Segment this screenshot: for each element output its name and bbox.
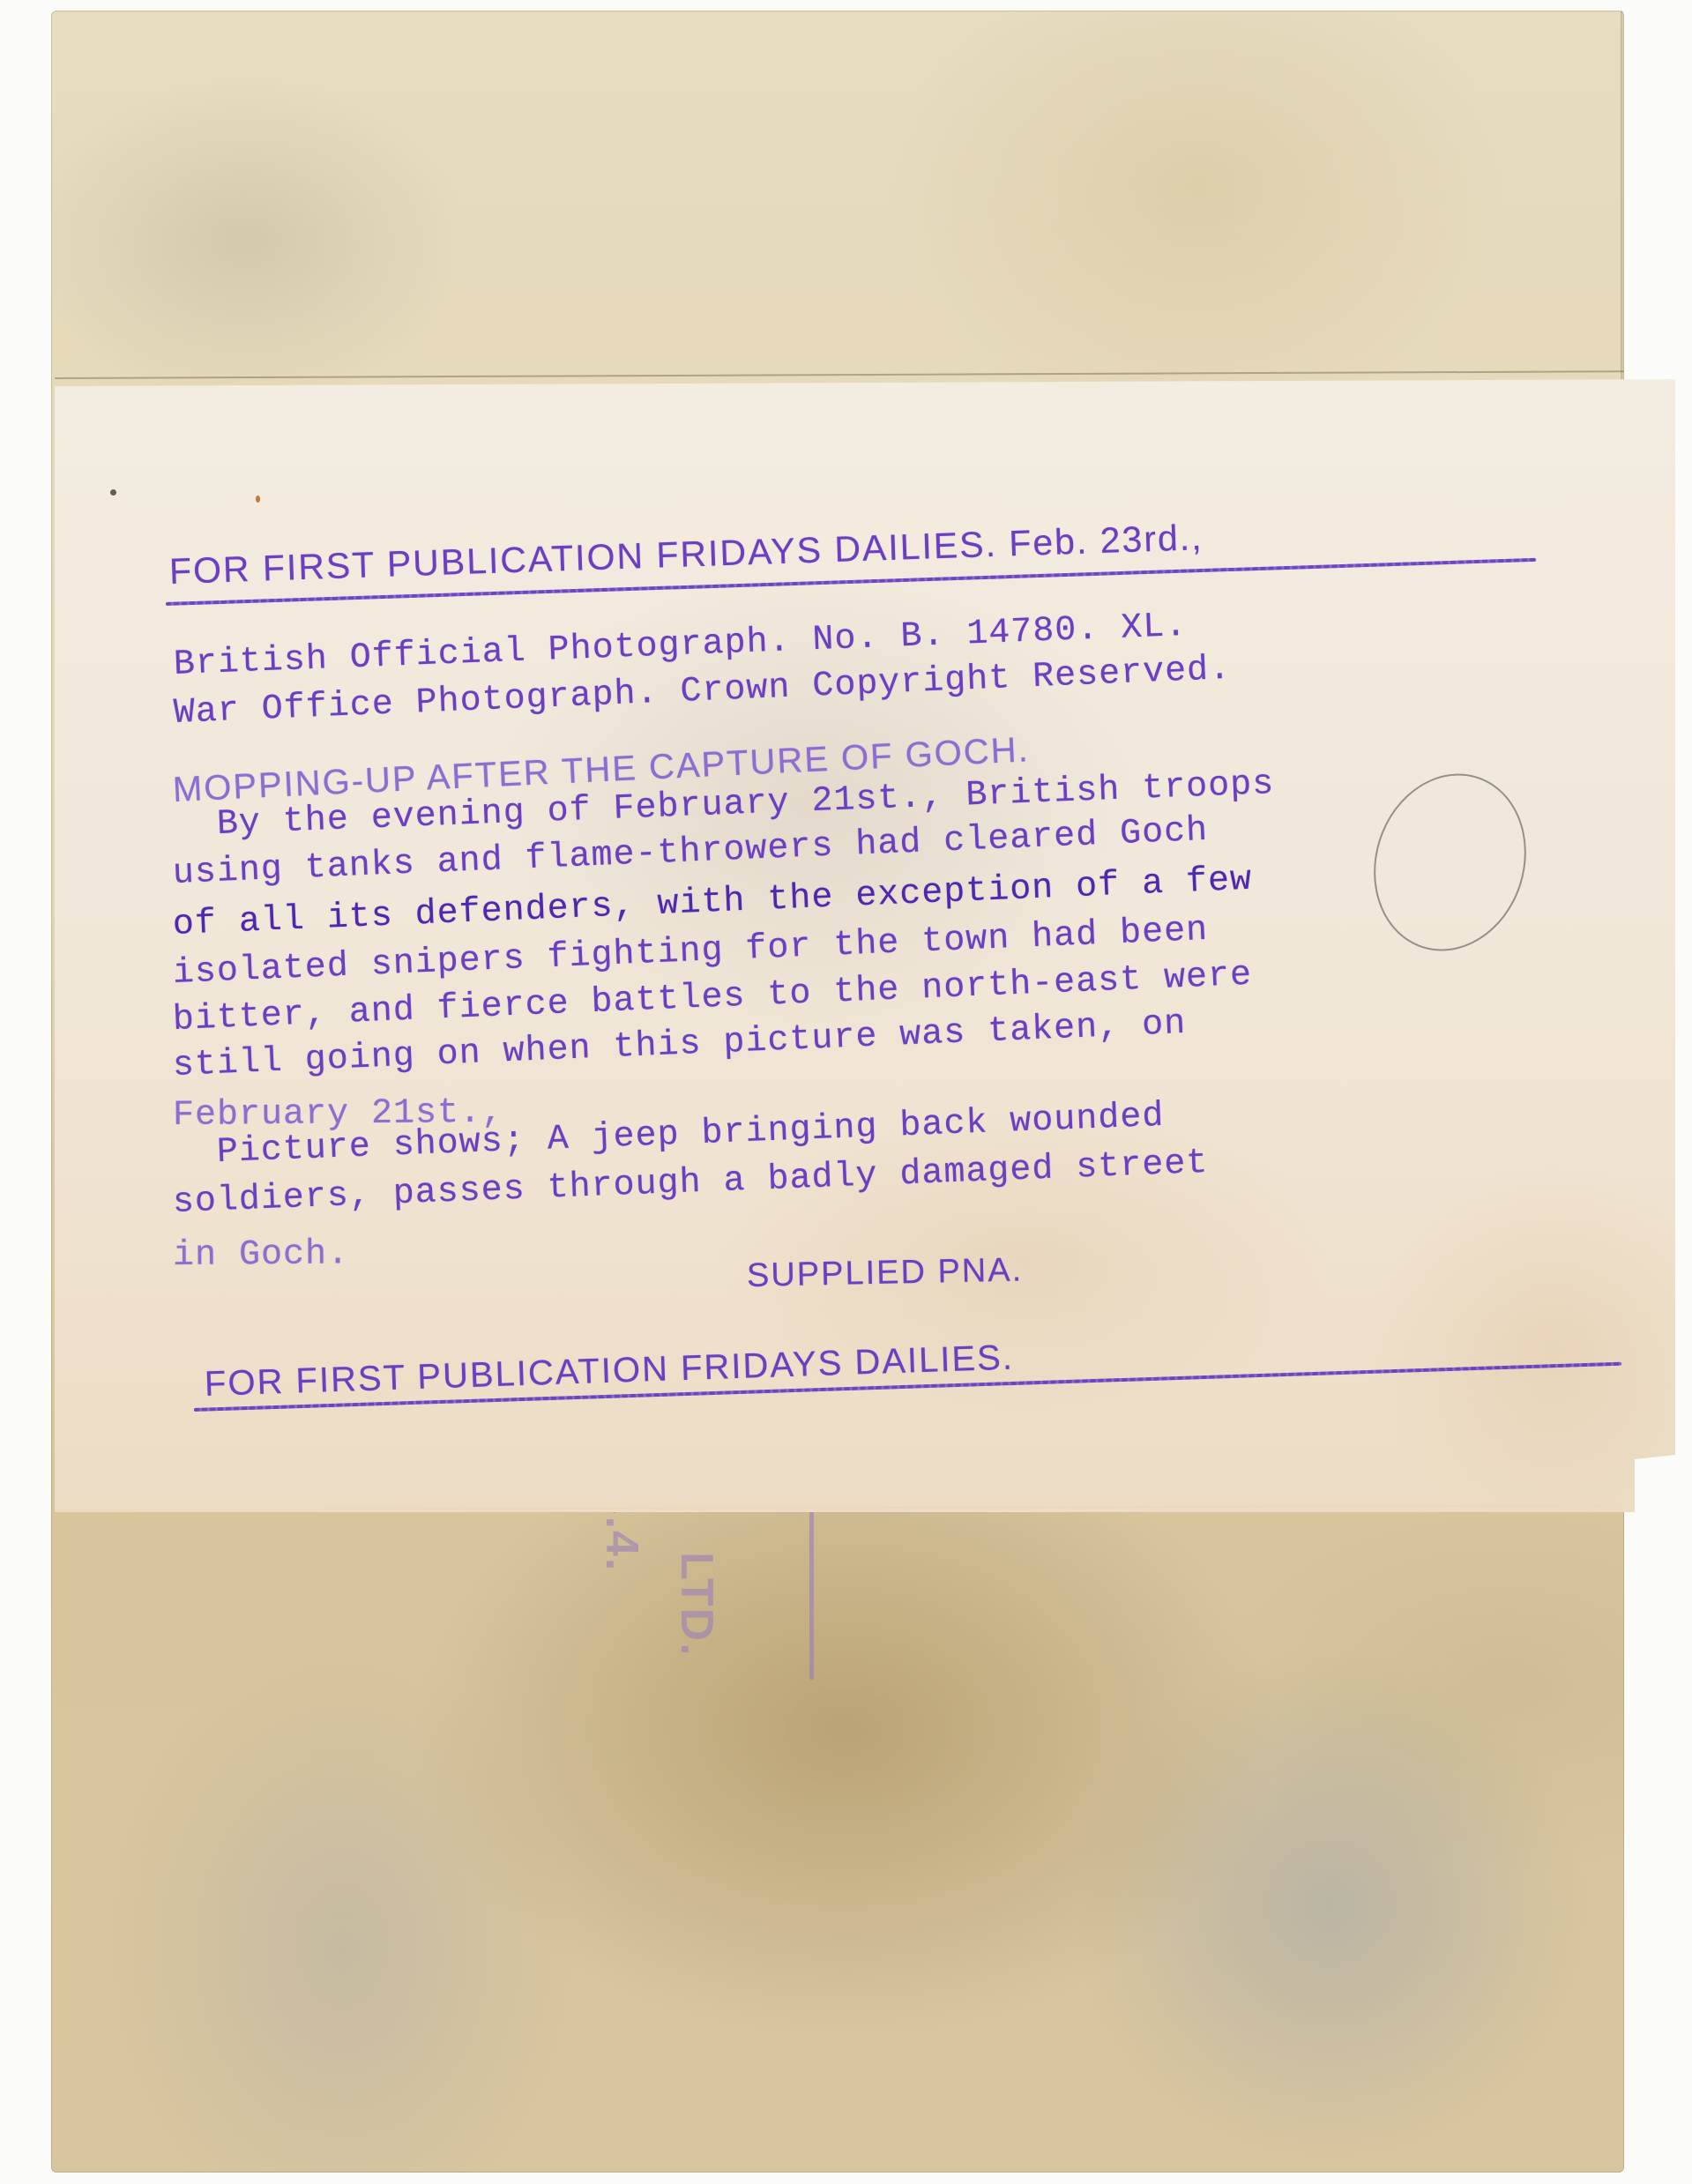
supplier-credit: SUPPLIED PNA. — [747, 1253, 1024, 1293]
print-edge-shadow — [1621, 11, 1624, 381]
stamp-fragment-ltd: LTD. — [670, 1552, 723, 1658]
caption-body-line: in Goch. — [173, 1237, 349, 1274]
speck — [110, 489, 116, 496]
stamp-rule-line — [809, 1503, 814, 1680]
background-margin — [1624, 0, 1692, 384]
speck — [256, 496, 260, 503]
